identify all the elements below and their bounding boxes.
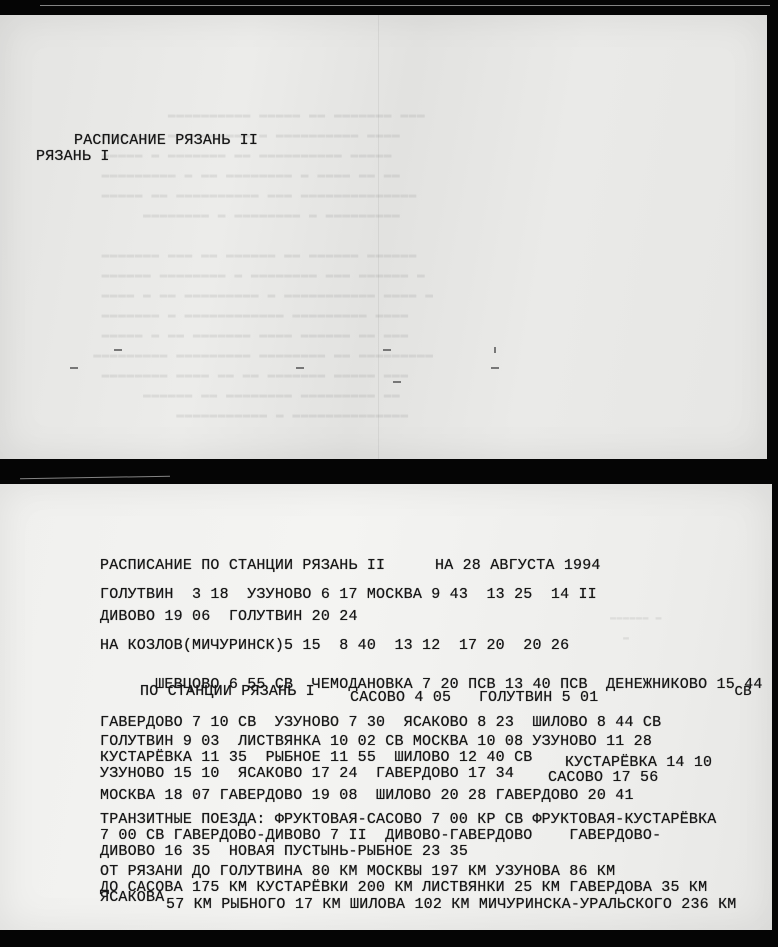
top-sheet-heading: РАСПИСАНИЕ РЯЗАНЬ II [74,132,258,149]
dash-mark [296,367,304,369]
schedule-line: ГОЛУТВИН 9 03 ЛИСТВЯНКА 10 02 СВ МОСКВА … [100,735,652,749]
schedule-line: КУСТАРЁВКА 14 10 [565,756,712,770]
schedule-date: НА 28 АВГУСТА 1994 [435,557,601,574]
section-heading: ПО СТАНЦИИ РЯЗАНЬ I [140,683,315,700]
dash-mark [494,347,496,353]
scan-streak [40,5,770,6]
dash-mark [393,381,401,383]
show-through-text: ▬▬▬▬▬▬ ▬ ▬ [610,609,662,649]
dash-mark [70,367,78,369]
scan-streak [20,476,170,480]
distance-line: ОТ РЯЗАНИ ДО ГОЛУТВИНА 80 КМ МОСКВЫ 197 … [100,865,615,879]
distance-line: 57 КМ РЫБНОГО 17 КМ ШИЛОВА 102 КМ МИЧУРИ… [166,898,737,912]
transit-line: ДИВОВО 16 35 НОВАЯ ПУСТЫНЬ-РЫБНОЕ 23 35 [100,845,468,859]
schedule-line: ГОЛУТВИН 3 18 УЗУНОВО 6 17 МОСКВА 9 43 1… [100,586,597,603]
schedule-line: ГАВЕРДОВО 7 10 СВ УЗУНОВО 7 30 ЯСАКОВО 8… [100,714,661,731]
distance-line-prefix: ЯСАКОВА [100,891,164,905]
dash-mark [383,349,391,351]
schedule-line: НА КОЗЛОВ(МИЧУРИНСК)5 15 8 40 13 12 17 2… [100,637,569,654]
schedule-line: МОСКВА 18 07 ГАВЕРДОВО 19 08 ШИЛОВО 20 2… [100,787,634,804]
transit-line: 7 00 СВ ГАВЕРДОВО-ДИВОВО 7 II ДИВОВО-ГАВ… [100,829,661,843]
bottom-sheet: ▬▬▬▬▬▬ ▬ ▬ РАСПИСАНИЕ ПО СТАНЦИИ РЯЗАНЬ … [0,484,772,930]
schedule-line: САСОВО 17 56 [548,771,658,785]
schedule-line: ДИВОВО 19 06 ГОЛУТВИН 20 24 [100,608,358,625]
schedule-line: УЗУНОВО 15 10 ЯСАКОВО 17 24 ГАВЕРДОВО 17… [100,767,514,781]
top-sheet: ▬▬▬▬▬▬▬▬▬▬ ▬▬▬▬▬ ▬▬ ▬▬▬▬▬▬▬ ▬▬▬ ▬▬▬▬▬▬▬ … [0,15,767,459]
top-sheet-subheading: РЯЗАНЬ I [36,148,110,165]
transit-line: ТРАНЗИТНЫЕ ПОЕЗДА: ФРУКТОВАЯ-САСОВО 7 00… [100,813,717,827]
express-note: СВ [735,684,752,700]
dash-mark [114,349,122,351]
schedule-line: КУСТАРЁВКА 11 35 РЫБНОЕ 11 55 ШИЛОВО 12 … [100,751,532,765]
dash-mark [491,367,499,369]
schedule-title: РАСПИСАНИЕ ПО СТАНЦИИ РЯЗАНЬ II [100,557,385,574]
distance-line: ДО САСОВА 175 КМ КУСТАРЁВКИ 200 КМ ЛИСТВ… [100,881,707,895]
schedule-line: САСОВО 4 05 ГОЛУТВИН 5 01 [350,689,598,706]
